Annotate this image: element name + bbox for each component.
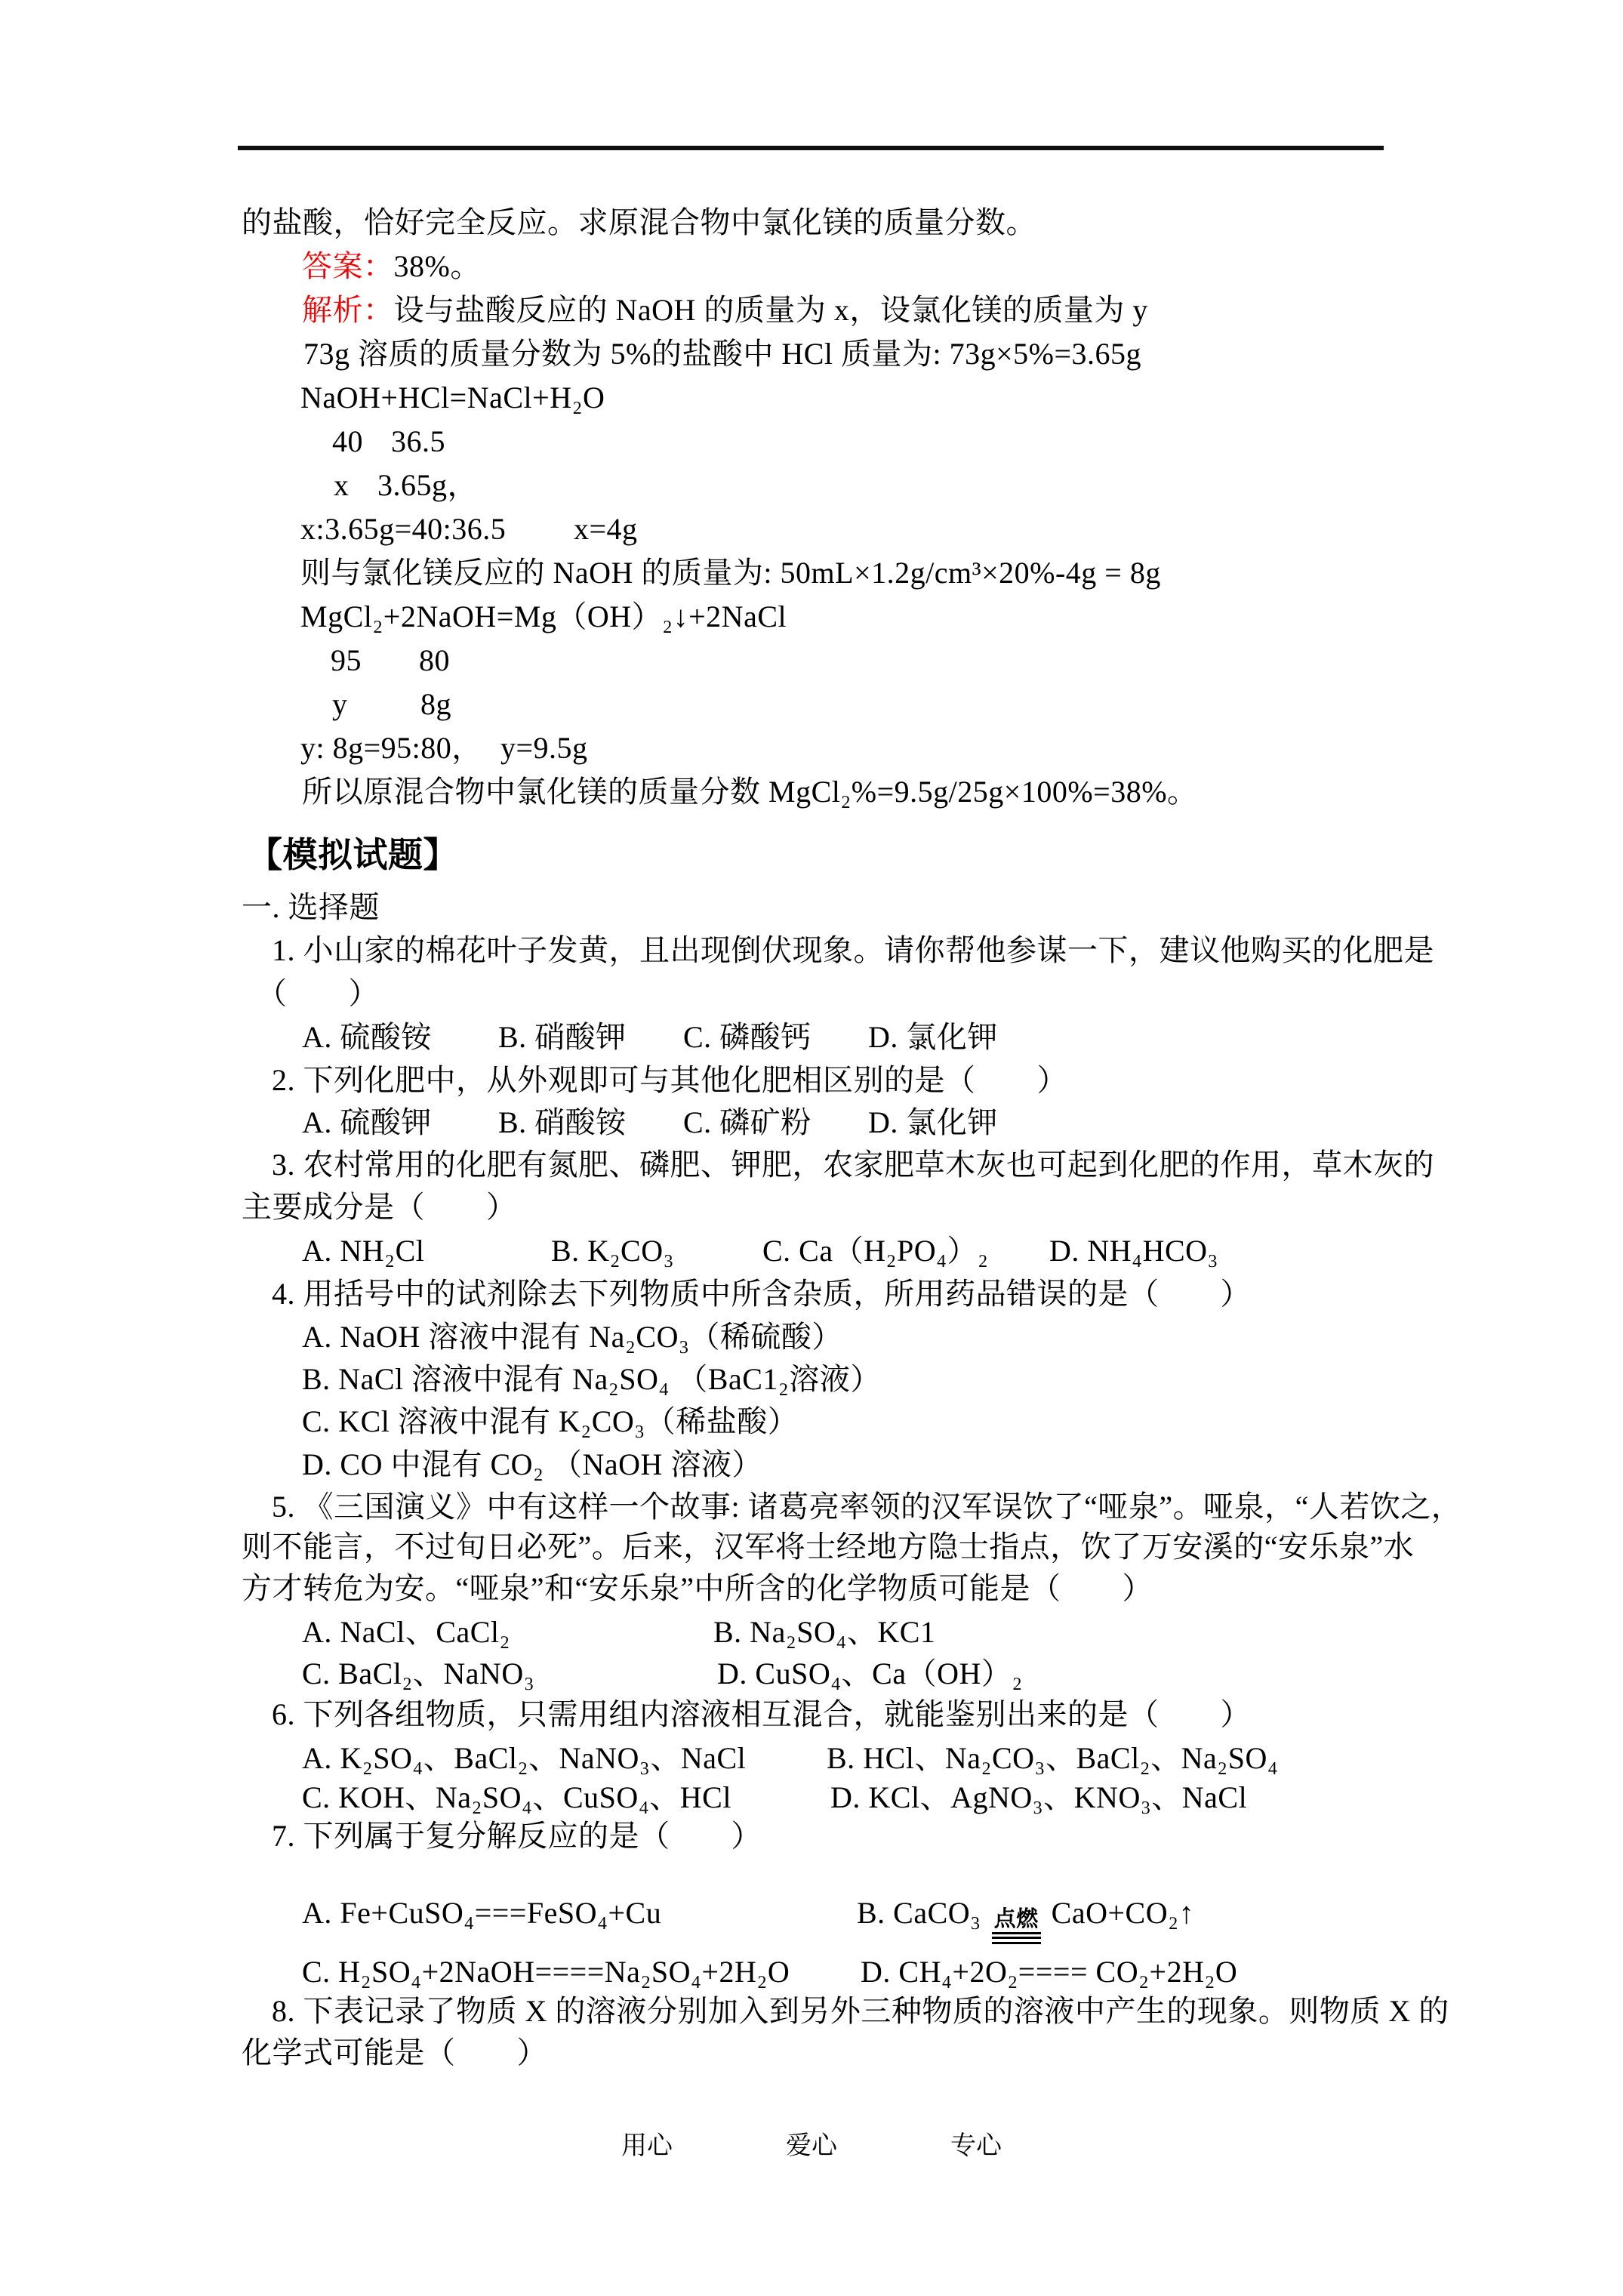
question-2-line-1: 2. 下列化肥中，从外观即可与其他化肥相区别的是（ ）: [272, 1062, 1067, 1099]
double-bond-line: [992, 1937, 1041, 1944]
option-b: B. K₂CO₃: [551, 1232, 674, 1270]
footer-motto-1: 用心: [621, 2131, 673, 2162]
ignite-label: 点燃: [992, 1907, 1041, 1934]
option-b: B. 硝酸钾: [498, 1019, 627, 1056]
option-d: D. CuSO₄、Ca（OH）₂: [717, 1655, 1023, 1693]
answer-label: 答案：: [302, 249, 394, 283]
option-d: D. CH₄+2O₂==== CO₂+2H₂O: [861, 1953, 1237, 1991]
analysis-line: 解析：设与盐酸反应的 NaOH 的质量为 x，设氯化镁的质量为 y: [302, 291, 1148, 329]
option-a: A. 硫酸钾: [302, 1104, 432, 1142]
option-c: C. 磷矿粉: [683, 1104, 811, 1142]
mass-y: y: [332, 686, 348, 723]
option-c: C. KOH、Na₂SO₄、CuSO₄、HCl: [302, 1779, 731, 1817]
question-4-option-a: A. NaOH 溶液中混有 Na₂CO₃（稀硫酸）: [302, 1318, 842, 1356]
hcl-mass-line: 73g 溶质的质量分数为 5%的盐酸中 HCl 质量为: 73g×5%=3.65…: [303, 335, 1141, 373]
page-footer: 用心 爱心 专心: [0, 2131, 1623, 2162]
answer-value: 38%。: [394, 249, 481, 283]
question-4-option-d: D. CO 中混有 CO₂ （NaOH 溶液）: [302, 1446, 762, 1484]
option-d: D. 氯化钾: [868, 1019, 998, 1056]
footer-motto-2: 爱心: [786, 2131, 837, 2162]
naoh-mass-line: 则与氯化镁反应的 NaOH 的质量为: 50mL×1.2g/cm³×20%-4g…: [300, 554, 1161, 592]
question-1-brackets: （ ）: [257, 975, 379, 1012]
answer-line: 答案：38%。: [302, 248, 481, 285]
option-c: C. 磷酸钙: [683, 1019, 811, 1056]
question-3-line-1: 3. 农村常用的化肥有氮肥、磷肥、钾肥，农家肥草木灰也可起到化肥的作用，草木灰的: [272, 1146, 1434, 1184]
solution-wrap-line: 的盐酸，恰好完全反应。求原混合物中氯化镁的质量分数。: [242, 204, 1036, 242]
mass-naoh-value: 8g: [420, 686, 451, 723]
option-d: D. KCl、AgNO₃、KNO₃、NaCl: [830, 1779, 1247, 1817]
mass-hcl-value: 3.65g，: [377, 467, 478, 504]
option-c: C. H₂SO₄+2NaOH====Na₂SO₄+2H₂O: [302, 1953, 790, 1991]
molar-mass-naoh: 40: [332, 423, 363, 461]
question-5-line-1: 5. 《三国演义》中有这样一个故事: 诸葛亮率领的汉军误饮了“哑泉”。哑泉，“人…: [272, 1488, 1461, 1526]
option-b-reactant: B. CaCO₃: [857, 1896, 981, 1930]
proportion-1-result: x=4g: [574, 510, 638, 548]
option-b: B. CaCO₃点燃CaO+CO₂↑: [857, 1894, 1194, 1944]
option-a: A. Fe+CuSO₄===FeSO₄+Cu: [302, 1894, 661, 1932]
option-b-product: CaO+CO₂↑: [1052, 1896, 1194, 1930]
footer-motto-3: 专心: [950, 2131, 1002, 2162]
analysis-value: 设与盐酸反应的 NaOH 的质量为 x，设氯化镁的质量为 y: [394, 293, 1148, 327]
equation-mgcl2-naoh: MgCl₂+2NaOH=Mg（OH）₂↓+2NaCl: [300, 598, 787, 636]
proportion-2-expression: y: 8g=95:80，: [300, 729, 482, 767]
option-a: A. 硫酸铵: [302, 1019, 432, 1056]
conclusion-line: 所以原混合物中氯化镁的质量分数 MgCl₂%=9.5g/25g×100%=38%…: [302, 773, 1198, 811]
mock-exam-title: 【模拟试题】: [248, 835, 458, 876]
question-4-line-1: 4. 用括号中的试剂除去下列物质中所含杂质，所用药品错误的是（ ）: [272, 1275, 1251, 1313]
question-8-line-2: 化学式可能是（ ）: [242, 2034, 547, 2072]
question-4-option-c: C. KCl 溶液中混有 K₂CO₃（稀盐酸）: [302, 1403, 798, 1441]
proportion-2-result: y=9.5g: [500, 729, 588, 767]
equation-naoh-hcl: NaOH+HCl=NaCl+H₂O: [300, 379, 605, 417]
option-a: A. K₂SO₄、BaCl₂、NaNO₃、NaCl: [302, 1740, 746, 1777]
question-3-line-2: 主要成分是（ ）: [242, 1188, 517, 1226]
option-b: B. HCl、Na₂CO₃、BaCl₂、Na₂SO₄: [827, 1740, 1278, 1777]
mass-x: x: [334, 467, 350, 504]
option-c: C. Ca（H₂PO₄）₂: [762, 1232, 988, 1270]
option-d: D. NH₄HCO₃: [1049, 1232, 1218, 1270]
question-1-line-1: 1. 小山家的棉花叶子发黄，且出现倒伏现象。请你帮他参谋一下，建议他购买的化肥是: [272, 932, 1434, 969]
question-8-line-1: 8. 下表记录了物质 X 的溶液分别加入到另外三种物质的溶液中产生的现象。则物质…: [272, 1992, 1449, 2030]
ignite-condition: 点燃: [992, 1907, 1041, 1944]
section-choice-questions: 一. 选择题: [242, 889, 380, 926]
option-b: B. Na₂SO₄、KC1: [713, 1613, 935, 1651]
document-body: 的盐酸，恰好完全反应。求原混合物中氯化镁的质量分数。 答案：38%。 解析：设与…: [242, 0, 1385, 2296]
option-d: D. 氯化钾: [868, 1104, 998, 1142]
analysis-label: 解析：: [302, 293, 394, 327]
question-7-line-1: 7. 下列属于复分解反应的是（ ）: [272, 1817, 762, 1855]
option-a: A. NH₂Cl: [302, 1232, 424, 1270]
question-5-line-2: 则不能言，不过旬日必死”。后来，汉军将士经地方隐士指点，饮了万安溪的“安乐泉”水: [242, 1528, 1414, 1566]
question-4-option-b: B. NaCl 溶液中混有 Na₂SO₄ （BaC1₂溶液）: [302, 1361, 881, 1398]
molar-mass-mgoh2: 80: [419, 642, 450, 680]
option-b: B. 硝酸铵: [498, 1104, 627, 1142]
option-c: C. BaCl₂、NaNO₃: [302, 1655, 534, 1693]
molar-mass-hcl: 36.5: [391, 423, 445, 461]
proportion-1-expression: x:3.65g=40:36.5: [300, 510, 506, 548]
question-5-line-3: 方才转危为安。“哑泉”和“安乐泉”中所含的化学物质可能是（ ）: [242, 1570, 1153, 1607]
molar-mass-mgcl2: 95: [331, 642, 362, 680]
question-6-line-1: 6. 下列各组物质，只需用组内溶液相互混合，就能鉴别出来的是（ ）: [272, 1696, 1251, 1734]
option-a: A. NaCl、CaCl₂: [302, 1613, 510, 1651]
document-page: 的盐酸，恰好完全反应。求原混合物中氯化镁的质量分数。 答案：38%。 解析：设与…: [0, 0, 1623, 2296]
